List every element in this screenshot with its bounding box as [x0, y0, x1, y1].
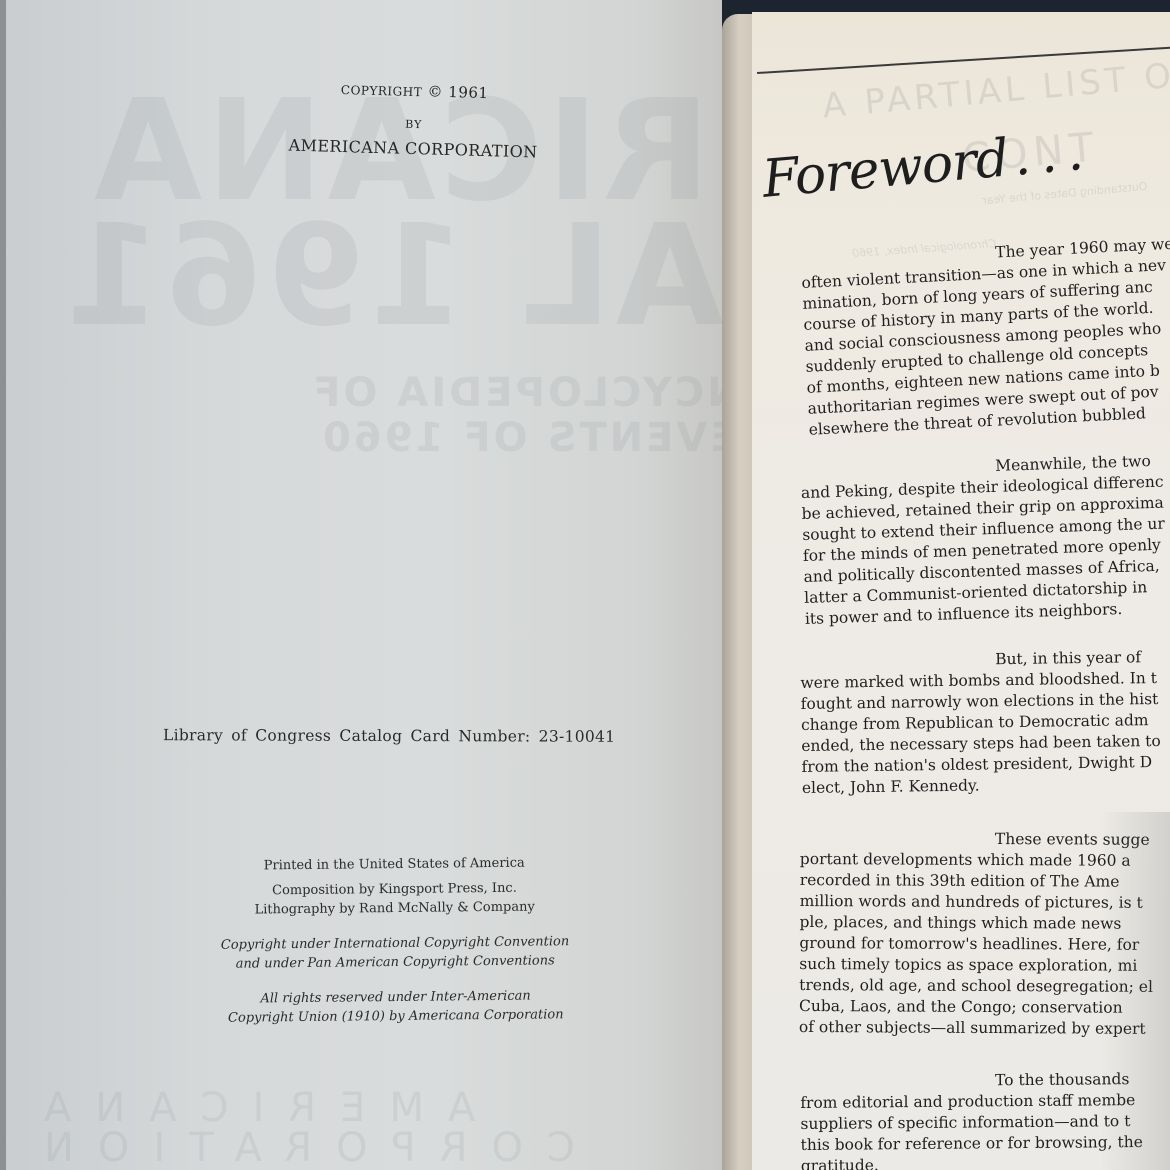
bleed-through-text: AN ENCYCLOPEDIA OF	[310, 370, 722, 416]
copyright-word: Copyright	[341, 83, 423, 99]
catalog-card-number: Library of Congress Catalog Card Number:…	[163, 726, 633, 746]
rights-line-2: Copyright Union (1910) by Americana Corp…	[206, 1005, 586, 1028]
page-edge-shadow	[0, 0, 6, 1170]
lithography-line: Lithography by Rand McNally & Company	[205, 897, 585, 920]
foreword-paragraph: But, in this year of were marked with bo…	[800, 646, 1170, 799]
convention-line-2: and under Pan American Copyright Convent…	[205, 951, 585, 974]
copyright-notice: Copyright © 1961 BY AMERICANA CORPORATIO…	[268, 78, 560, 162]
foreword-page: A PARTIAL LIST OF CONT Outstanding Dates…	[752, 12, 1170, 1170]
printed-in-line: Printed in the United States of America	[204, 853, 584, 876]
bleed-through-text: THE EVENTS OF 1960	[320, 415, 722, 461]
open-book-spread: AMERICANA ANNUAL 1961 AN ENCYCLOPEDIA OF…	[0, 0, 1170, 1170]
imprint-block: Printed in the United States of America …	[204, 853, 586, 1028]
page-curl-shadow	[1100, 812, 1170, 1170]
copyright-page: AMERICANA ANNUAL 1961 AN ENCYCLOPEDIA OF…	[0, 0, 722, 1170]
book-gutter	[722, 14, 754, 1170]
foreword-paragraph: The year 1960 may we often violent trans…	[800, 230, 1170, 441]
copyright-year: 1961	[448, 83, 489, 102]
copyright-symbol-icon: ©	[427, 82, 443, 100]
bleed-through-text: ANNUAL 1961	[60, 195, 722, 358]
foreword-paragraph: Meanwhile, the two and Peking, despite t…	[800, 448, 1170, 630]
ellipsis-dots: ...	[1011, 121, 1096, 188]
foreword-heading: Foreword	[760, 129, 1010, 210]
bleed-through-text: CORPORATION	[20, 1125, 575, 1170]
by-line: BY	[269, 114, 559, 135]
